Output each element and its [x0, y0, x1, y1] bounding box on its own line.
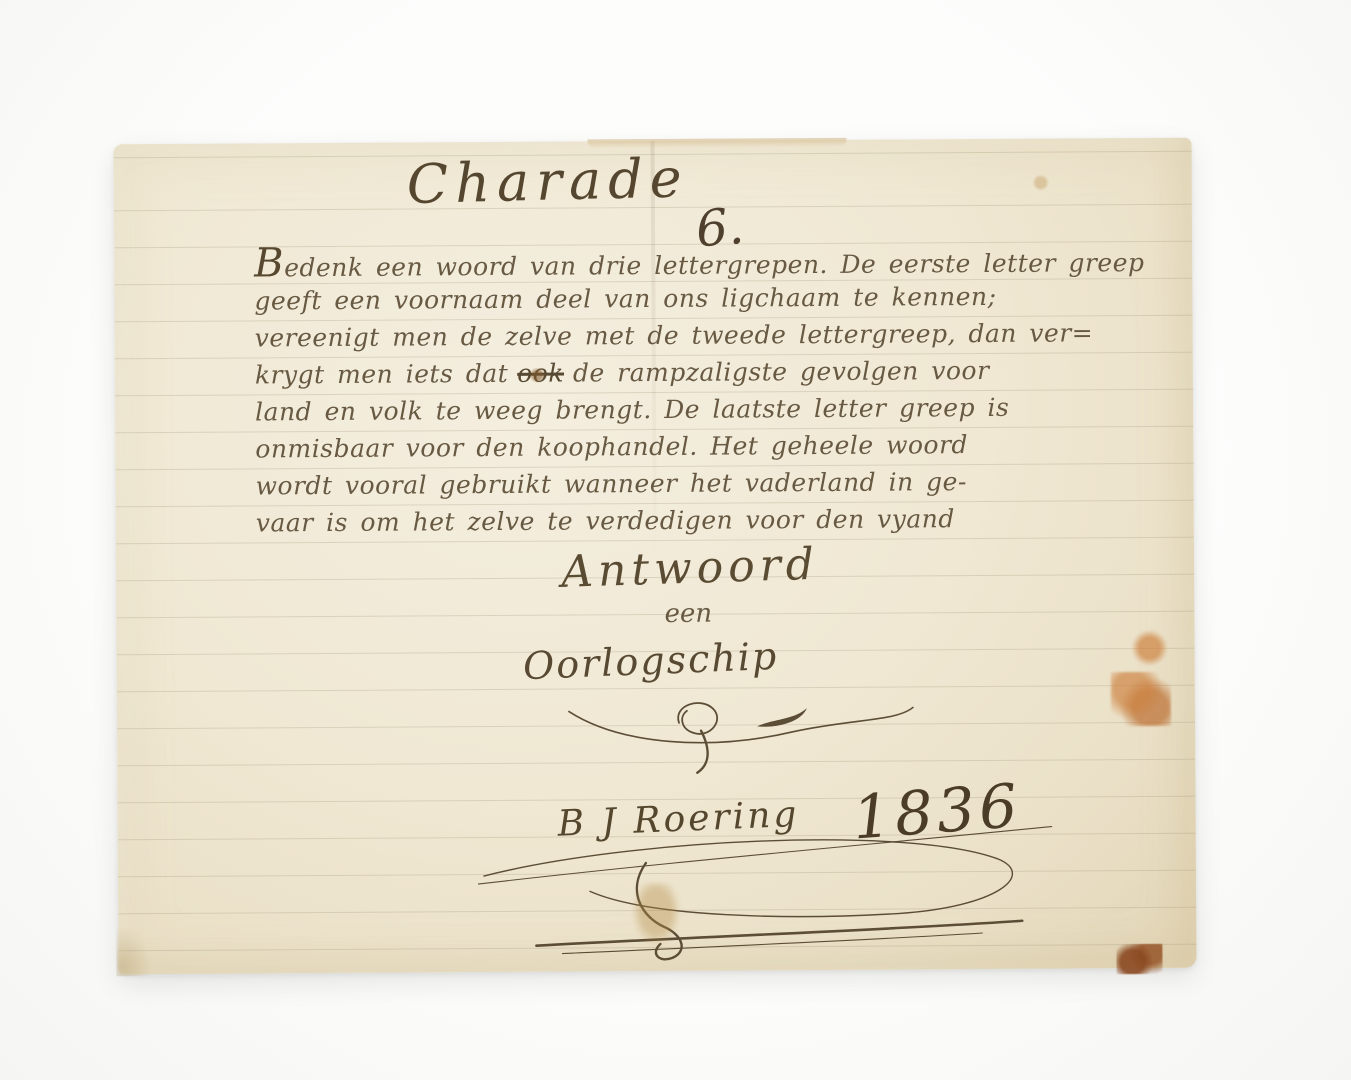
riddle-line: Bedenk een woord van drie lettergrepen. … [254, 240, 1114, 282]
crossed-out-word: ook [517, 359, 564, 388]
riddle-line: krygt men iets datookde rampzaligste gev… [255, 351, 1115, 393]
answer-article: een [588, 598, 788, 629]
riddle-line: vaar is om het zelve te verdedigen voor … [256, 499, 1116, 541]
answer-heading: Antwoord [489, 536, 890, 600]
riddle-text-block: Bedenk een woord van drie lettergrepen. … [254, 240, 1116, 541]
worn-corner [116, 926, 150, 976]
photo-background: Charade 6. Bedenk een woord van drie let… [0, 0, 1351, 1080]
answer-word: Oorlogschip [450, 631, 851, 691]
riddle-line: geeft een voornaam deel van ons ligchaam… [254, 277, 1114, 319]
foxing-stain [1130, 630, 1168, 666]
author-signature: B J Roering [557, 794, 800, 845]
riddle-line: land en volk te weeg brengt. De laatste … [255, 388, 1115, 430]
dark-stain [1116, 944, 1162, 974]
pen-flourish-under-answer [561, 691, 922, 783]
faint-age-spot [1032, 175, 1050, 191]
riddle-line: vereenigt men de zelve met de tweede let… [255, 314, 1115, 356]
document-title: Charade [347, 145, 748, 217]
riddle-line-post: de rampzaligste gevolgen voor [573, 356, 990, 388]
foxing-stain [1111, 672, 1171, 726]
manuscript-paper: Charade 6. Bedenk een woord van drie let… [113, 138, 1196, 975]
riddle-line-pre: krygt men iets dat [255, 359, 509, 390]
ink-smudge [632, 883, 680, 945]
riddle-line: wordt vooral gebruikt wanneer het vaderl… [255, 462, 1115, 504]
year-written: 1836 [850, 771, 1024, 854]
riddle-line: onmisbaar voor den koophandel. Het gehee… [255, 425, 1115, 467]
